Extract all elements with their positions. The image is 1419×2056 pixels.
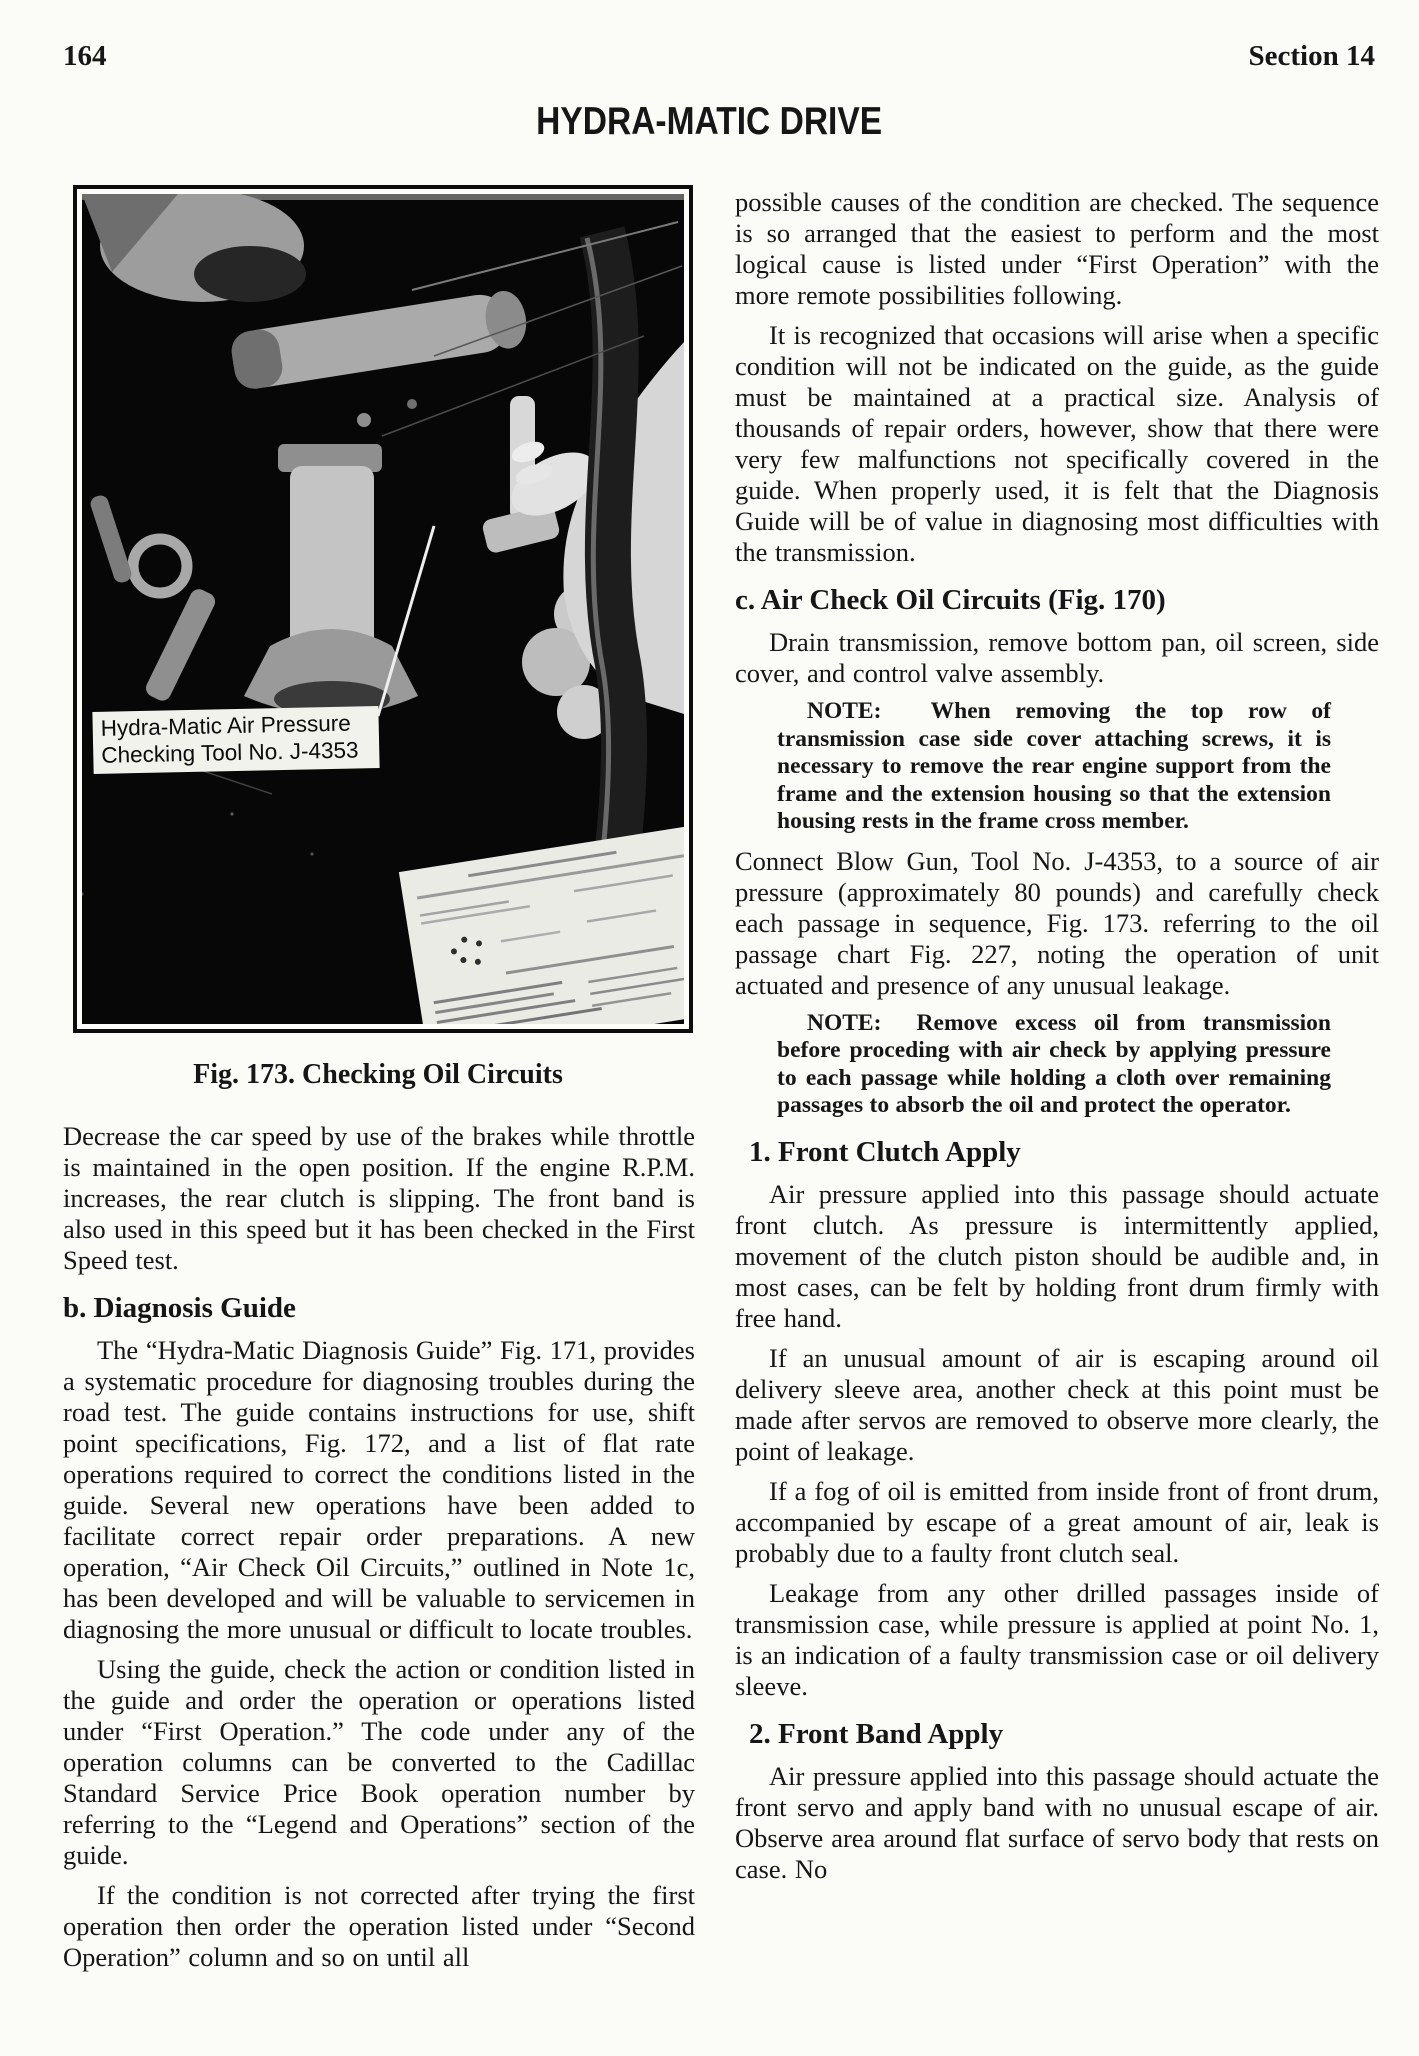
photo-tool-label-line2: Checking Tool No. J-4353 [101,736,374,769]
paragraph-left-2: The “Hydra-Matic Diagnosis Guide” Fig. 1… [63,1335,695,1645]
section-label: Section 14 [1249,40,1375,73]
engine-photo-illustration [82,194,684,1024]
manual-page: 164 Section 14 HYDRA-MATIC DRIVE [0,0,1419,2056]
paragraph-right-9: Air pressure applied into this passage s… [735,1761,1379,1885]
heading-front-band-apply: 2. Front Band Apply [749,1718,1379,1751]
page-title: HYDRA-MATIC DRIVE [537,100,883,144]
paragraph-right-3: Drain transmission, remove bottom pan, o… [735,627,1379,689]
paragraph-left-1: Decrease the car speed by use of the bra… [63,1121,695,1276]
paragraph-left-3: Using the guide, check the action or con… [63,1654,695,1871]
paragraph-right-1: possible causes of the condition are che… [735,187,1379,311]
paragraph-left-4: If the condition is not corrected after … [63,1880,695,1973]
paragraph-right-5: Air pressure applied into this passage s… [735,1179,1379,1334]
two-column-content: Hydra-Matic Air Pressure Checking Tool N… [63,185,1379,1982]
left-column: Hydra-Matic Air Pressure Checking Tool N… [63,185,695,1982]
heading-air-check-oil-circuits: c. Air Check Oil Circuits (Fig. 170) [735,584,1379,617]
note-side-cover: NOTE: When removing the top row of trans… [777,698,1331,836]
paragraph-right-6: If an unusual amount of air is escaping … [735,1343,1379,1467]
paragraph-right-8: Leakage from any other drilled passages … [735,1578,1379,1702]
paragraph-right-4: Connect Blow Gun, Tool No. J-4353, to a … [735,846,1379,1001]
page-header: 164 Section 14 [63,40,1375,73]
paragraph-right-2: It is recognized that occasions will ari… [735,320,1379,568]
paragraph-right-7: If a fog of oil is emitted from inside f… [735,1476,1379,1569]
page-number: 164 [63,40,107,73]
figure-photo: Hydra-Matic Air Pressure Checking Tool N… [73,185,693,1033]
page-title-wrap: HYDRA-MATIC DRIVE [0,100,1419,144]
right-column: possible causes of the condition are che… [735,185,1379,1982]
heading-front-clutch-apply: 1. Front Clutch Apply [749,1136,1379,1169]
note-remove-excess-oil: NOTE: Remove excess oil from transmissio… [777,1010,1331,1120]
heading-diagnosis-guide: b. Diagnosis Guide [63,1292,695,1325]
figure-caption: Fig. 173. Checking Oil Circuits [63,1059,693,1091]
photo-tool-label: Hydra-Matic Air Pressure Checking Tool N… [92,706,379,774]
